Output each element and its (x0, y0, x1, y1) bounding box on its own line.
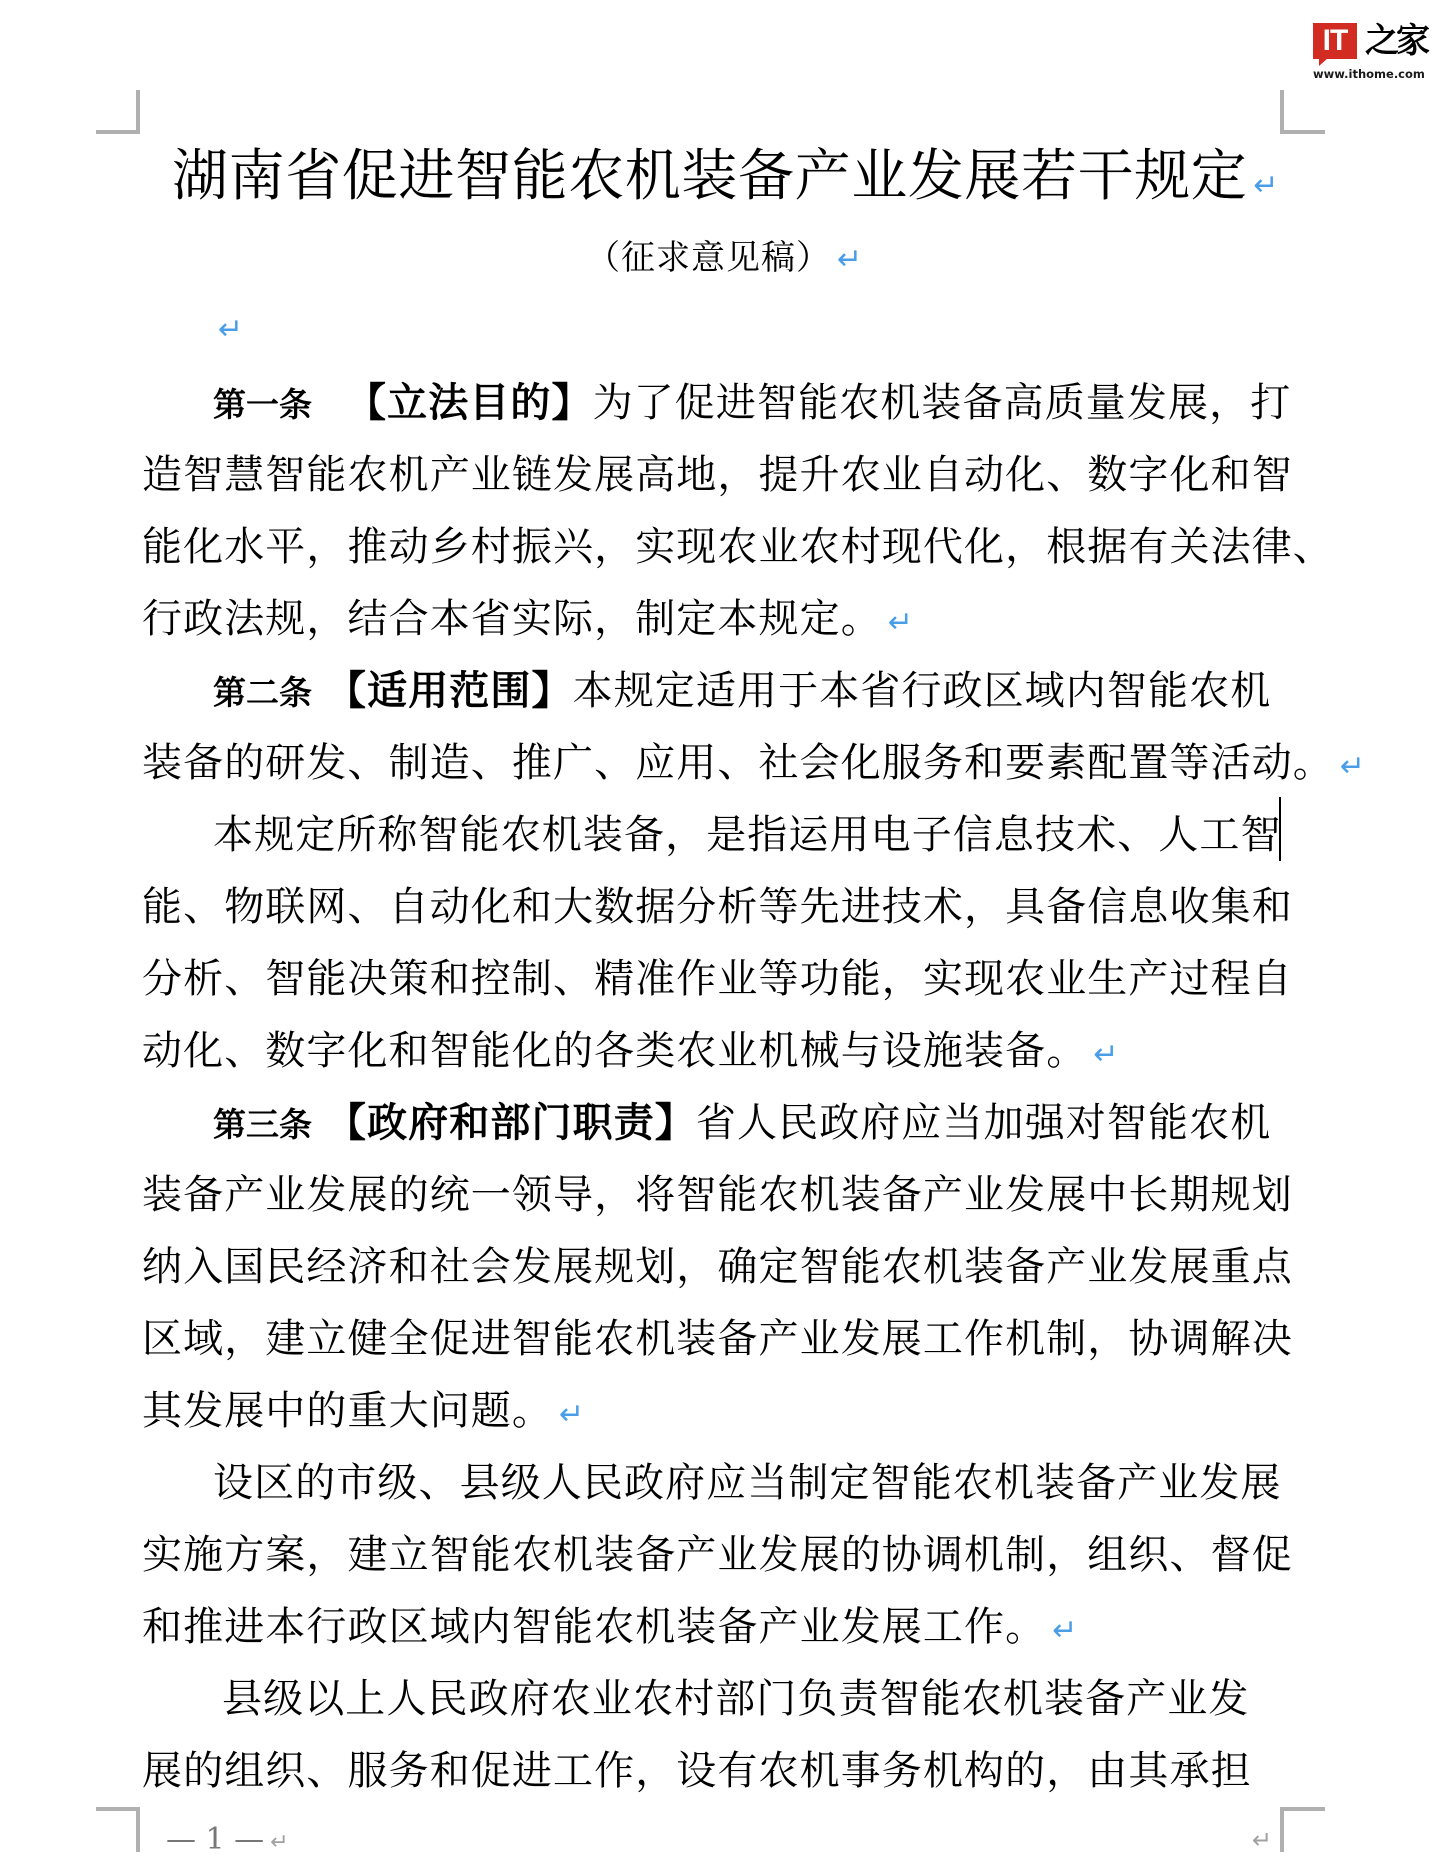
body-line[interactable]: 县级以上人民政府农业农村部门负责智能农机装备产业发 (222, 1674, 1250, 1724)
line-text: 展的组织、服务和促进工作，设有农机事务机构的，由其承担 (142, 1748, 1252, 1794)
crop-mark-bottom-right-v (1280, 1807, 1284, 1852)
line-text: 装备的研发、制造、推广、应用、社会化服务和要素配置等活动。 (142, 740, 1334, 786)
body-line[interactable]: 其发展中的重大问题。↵ (142, 1386, 585, 1436)
article-number: 第三条 (213, 1105, 312, 1144)
crop-mark-bottom-left-v (136, 1807, 140, 1852)
body-line[interactable]: 动化、数字化和智能化的各类农业机械与设施装备。↵ (142, 1026, 1120, 1076)
body-line[interactable]: 区域，建立健全促进智能农机装备产业发展工作机制，协调解决 (142, 1314, 1293, 1364)
line-text: 为了促进智能农机装备高质量发展，打 (593, 380, 1292, 426)
paragraph-mark-icon: ↵ (559, 1397, 585, 1432)
page-number-text: — 1 — (166, 1822, 264, 1857)
paragraph-mark-icon: ↵ (1340, 749, 1366, 784)
empty-paragraph-mark-icon: ↵ (218, 312, 243, 347)
logo-url: www.ithome.com (1313, 67, 1425, 81)
line-text: 纳入国民经济和社会发展规划，确定智能农机装备产业发展重点 (142, 1244, 1293, 1290)
line-text: 其发展中的重大问题。 (142, 1388, 553, 1434)
document-subtitle: （征求意见稿）↵ (586, 236, 863, 282)
logo-speech-tail-icon (1319, 58, 1328, 66)
line-text: 本规定所称智能农机装备，是指运用电子信息技术、人工智 (213, 812, 1282, 858)
article-heading: 【立法目的】 (346, 380, 593, 426)
body-line[interactable]: 能化水平，推动乡村振兴，实现农业农村现代化，根据有关法律、 (142, 522, 1334, 572)
body-line[interactable]: 实施方案，建立智能农机装备产业发展的协调机制，组织、督促 (142, 1530, 1293, 1580)
crop-mark-bottom-left-h (96, 1807, 140, 1811)
body-line[interactable]: 装备产业发展的统一领导，将智能农机装备产业发展中长期规划 (142, 1170, 1293, 1220)
line-text: 设区的市级、县级人民政府应当制定智能农机装备产业发展 (213, 1460, 1282, 1506)
article-3-line[interactable]: 第三条【政府和部门职责】省人民政府应当加强对智能农机 (213, 1098, 1271, 1148)
line-text: 和推进本行政区域内智能农机装备产业发展工作。 (142, 1604, 1046, 1650)
subtitle-text: （征求意见稿） (586, 238, 831, 278)
line-text: 动化、数字化和智能化的各类农业机械与设施装备。 (142, 1028, 1087, 1074)
body-line[interactable]: 分析、智能决策和控制、精准作业等功能，实现农业生产过程自 (142, 954, 1293, 1004)
body-line[interactable]: 设区的市级、县级人民政府应当制定智能农机装备产业发展 (213, 1458, 1282, 1508)
paragraph-mark-icon: ↵ (888, 605, 914, 640)
line-text: 区域，建立健全促进智能农机装备产业发展工作机制，协调解决 (142, 1316, 1293, 1362)
body-line[interactable]: 本规定所称智能农机装备，是指运用电子信息技术、人工智 (213, 810, 1282, 860)
crop-mark-top-left-v (136, 90, 140, 134)
body-line[interactable]: 造智慧智能农机产业链发展高地，提升农业自动化、数字化和智 (142, 450, 1293, 500)
body-line[interactable]: 和推进本行政区域内智能农机装备产业发展工作。↵ (142, 1602, 1078, 1652)
crop-mark-top-left-h (96, 130, 140, 134)
paragraph-mark-icon: ↵ (837, 242, 863, 277)
article-number: 第二条 (213, 673, 312, 712)
body-line[interactable]: 装备的研发、制造、推广、应用、社会化服务和要素配置等活动。↵ (142, 738, 1366, 788)
crop-mark-bottom-right-h (1280, 1807, 1325, 1811)
body-line[interactable]: 能、物联网、自动化和大数据分析等先进技术，具备信息收集和 (142, 882, 1293, 932)
line-text: 本规定适用于本省行政区域内智能农机 (573, 668, 1272, 714)
article-number: 第一条 (213, 385, 312, 424)
article-2-line[interactable]: 第二条【适用范围】本规定适用于本省行政区域内智能农机 (213, 666, 1271, 716)
line-text: 能、物联网、自动化和大数据分析等先进技术，具备信息收集和 (142, 884, 1293, 930)
paragraph-mark-icon: ↵ (1252, 1826, 1272, 1854)
ithome-logo: IT 之家 www.ithome.com (1305, 20, 1435, 90)
title-text: 湖南省促进智能农机装备产业发展若干规定 (172, 144, 1247, 209)
document-title: 湖南省促进智能农机装备产业发展若干规定↵ (172, 146, 1279, 217)
article-heading: 【适用范围】 (326, 668, 573, 714)
crop-mark-top-right-h (1280, 130, 1325, 134)
logo-chinese: 之家 (1365, 22, 1427, 60)
line-text: 县级以上人民政府农业农村部门负责智能农机装备产业发 (222, 1676, 1250, 1722)
line-text: 行政法规，结合本省实际，制定本规定。 (142, 596, 882, 642)
line-text: 实施方案，建立智能农机装备产业发展的协调机制，组织、督促 (142, 1532, 1293, 1578)
body-line[interactable]: 展的组织、服务和促进工作，设有农机事务机构的，由其承担 (142, 1746, 1252, 1796)
paragraph-mark-icon: ↵ (270, 1830, 288, 1855)
line-text: 分析、智能决策和控制、精准作业等功能，实现农业生产过程自 (142, 956, 1293, 1002)
line-text: 造智慧智能农机产业链发展高地，提升农业自动化、数字化和智 (142, 452, 1293, 498)
line-text: 装备产业发展的统一领导，将智能农机装备产业发展中长期规划 (142, 1172, 1293, 1218)
body-line[interactable]: 行政法规，结合本省实际，制定本规定。↵ (142, 594, 914, 644)
text-cursor (1279, 797, 1281, 861)
page-number: — 1 —↵ (166, 1822, 289, 1857)
article-1-line[interactable]: 第一条【立法目的】为了促进智能农机装备高质量发展，打 (213, 378, 1291, 428)
line-text: 能化水平，推动乡村振兴，实现农业农村现代化，根据有关法律、 (142, 524, 1334, 570)
article-heading: 【政府和部门职责】 (326, 1100, 696, 1146)
paragraph-mark-icon: ↵ (1253, 168, 1279, 203)
paragraph-mark-icon: ↵ (1093, 1037, 1119, 1072)
body-line[interactable]: 纳入国民经济和社会发展规划，确定智能农机装备产业发展重点 (142, 1242, 1293, 1292)
crop-mark-top-right-v (1280, 90, 1284, 134)
line-text: 省人民政府应当加强对智能农机 (696, 1100, 1271, 1146)
document-page: IT 之家 www.ithome.com 湖南省促进智能农机装备产业发展若干规定… (0, 0, 1440, 1867)
logo-it-mark: IT (1313, 23, 1357, 59)
paragraph-mark-icon: ↵ (1052, 1613, 1078, 1648)
